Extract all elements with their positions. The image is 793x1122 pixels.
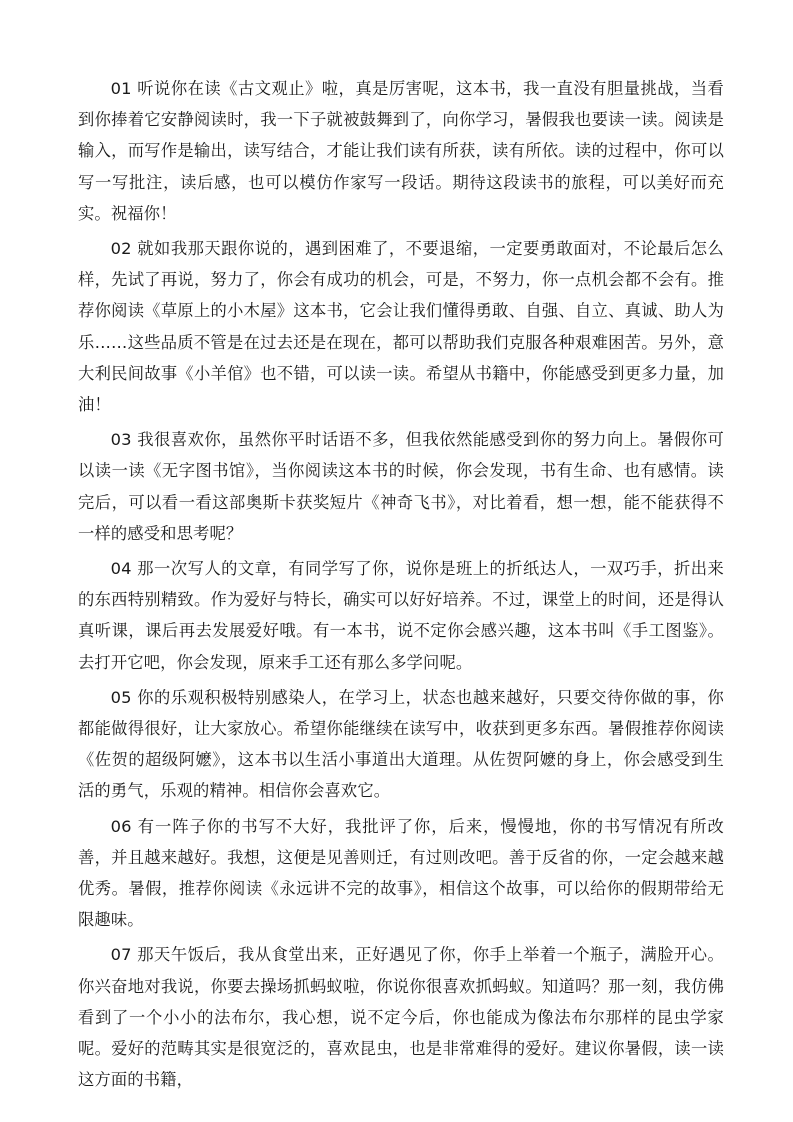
paragraph-01: 01 听说你在读《古文观止》啦，真是厉害呢，这本书，我一直没有胆量挑战，当看到你… (78, 73, 724, 229)
paragraph-03: 03 我很喜欢你，虽然你平时话语不多，但我依然能感受到你的努力向上。暑假你可以读… (78, 424, 724, 549)
document-page: 01 听说你在读《古文观止》啦，真是厉害呢，这本书，我一直没有胆量挑战，当看到你… (78, 73, 724, 1100)
paragraph-04: 04 那一次写人的文章，有同学写了你，说你是班上的折纸达人，一双巧手，折出来的东… (78, 553, 724, 678)
paragraph-02: 02 就如我那天跟你说的，遇到困难了，不要退缩，一定要勇敢面对，不论最后怎么样，… (78, 233, 724, 420)
paragraph-07: 07 那天午饭后，我从食堂出来，正好遇见了你，你手上举着一个瓶子，满脸开心。你兴… (78, 939, 724, 1095)
paragraph-06: 06 有一阵子你的书写不大好，我批评了你，后来，慢慢地，你的书写情况有所改善，并… (78, 811, 724, 936)
paragraph-05: 05 你的乐观积极特别感染人，在学习上，状态也越来越好，只要交待你做的事，你都能… (78, 682, 724, 807)
